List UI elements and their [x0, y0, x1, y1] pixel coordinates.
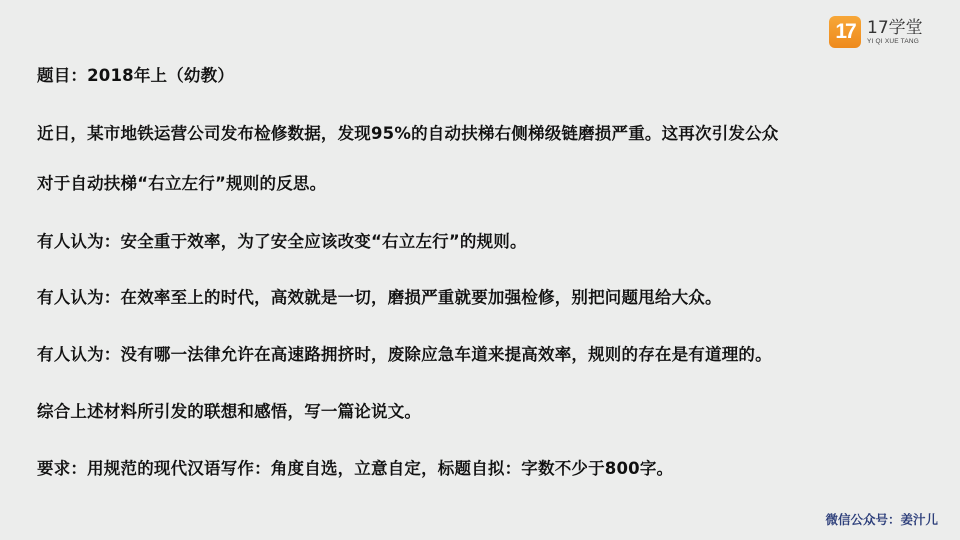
requirements: 要求：用规范的现代汉语写作：角度自选，立意自定，标题自拟：字数不少于800字。 — [37, 455, 673, 479]
opinion-1: 有人认为：安全重于效率，为了安全应该改变“右立左行”的规则。 — [37, 228, 527, 252]
logo-badge-icon: 17 — [829, 16, 861, 48]
wechat-account-credit: 微信公众号：姜汁儿 — [825, 510, 938, 528]
opinion-3: 有人认为：没有哪一法律允许在高速路拥挤时，废除应急车道来提高效率，规则的存在是有… — [37, 341, 772, 365]
brand-logo: 17 17学堂 YI QI XUE TANG — [829, 16, 923, 48]
opinion-2: 有人认为：在效率至上的时代，高效就是一切，磨损严重就要加强检修，别把问题甩给大众… — [37, 284, 722, 308]
essay-title: 题目：2018年上（幼教） — [37, 62, 234, 86]
task-instruction: 综合上述材料所引发的联想和感悟，写一篇论说文。 — [37, 398, 421, 422]
logo-text: 17学堂 YI QI XUE TANG — [867, 19, 923, 46]
logo-name: 17学堂 — [867, 19, 923, 38]
material-line-2: 对于自动扶梯“右立左行”规则的反思。 — [37, 170, 326, 194]
material-line-1: 近日，某市地铁运营公司发布检修数据，发现95%的自动扶梯右侧梯级链磨损严重。这再… — [37, 120, 779, 144]
logo-pinyin: YI QI XUE TANG — [867, 38, 923, 46]
